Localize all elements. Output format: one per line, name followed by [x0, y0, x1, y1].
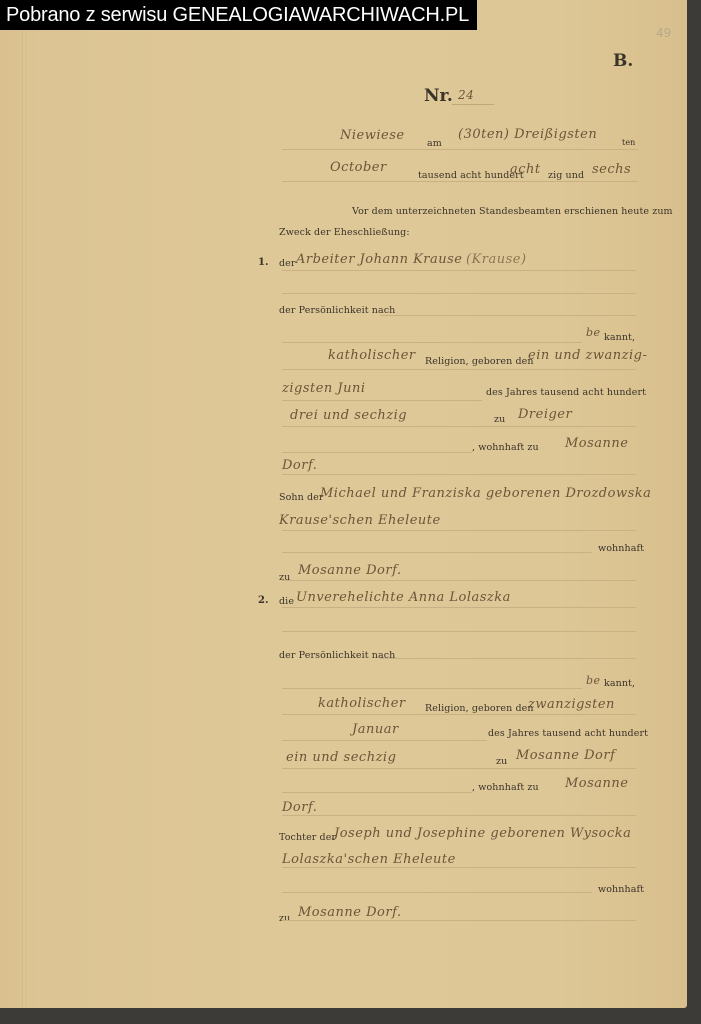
- groom-parents-cont: Krause'schen Eheleute: [279, 513, 441, 528]
- bride-residence-cont: Dorf.: [282, 800, 317, 815]
- bride-parents-residence-prefix: zu: [279, 913, 290, 924]
- bride-religion: katholischer: [318, 696, 406, 711]
- groom-name-note: (Krause): [466, 252, 527, 267]
- bride-parents-residence: Mosanne Dorf.: [298, 905, 402, 920]
- groom-parents-label: Sohn der: [279, 492, 324, 503]
- rule: [282, 892, 592, 893]
- groom-birth-place: Dreiger: [518, 407, 572, 422]
- bride-birth-year: ein und sechzig: [286, 750, 396, 765]
- groom-known-label: kannt,: [604, 332, 635, 343]
- bride-parents-label: Tochter der: [279, 832, 336, 843]
- folio-number: 49: [656, 26, 671, 40]
- groom-year-label: des Jahres tausend acht hundert: [486, 387, 646, 398]
- bride-residence-label: , wohnhaft zu: [472, 782, 539, 793]
- rule: [282, 293, 636, 294]
- bride-name: Unverehelichte Anna Lolaszka: [296, 590, 511, 605]
- bride-birth-day: zwanzigsten: [528, 697, 615, 712]
- rule: [282, 792, 472, 793]
- groom-residence: Mosanne: [565, 436, 629, 451]
- rule: [282, 815, 636, 816]
- bride-known-label: kannt,: [604, 678, 635, 689]
- rule: [282, 426, 636, 427]
- decade: acht: [510, 162, 541, 177]
- rule: [282, 149, 638, 150]
- groom-parents-residence-label: wohnhaft: [598, 543, 644, 554]
- ten-label: ten: [622, 138, 635, 147]
- rule: [282, 452, 472, 453]
- groom-birth-day-cont: zigsten Juni: [282, 381, 366, 396]
- rule: [282, 607, 636, 608]
- bride-number: 2.: [258, 595, 268, 606]
- am-label: am: [427, 138, 442, 149]
- rule: [380, 315, 636, 316]
- record-number-line: [452, 104, 494, 105]
- bride-parents-residence-label: wohnhaft: [598, 884, 644, 895]
- place: Niewiese: [340, 128, 405, 143]
- intro-paragraph: Vor dem unterzeichneten Standesbeamten e…: [352, 206, 673, 217]
- register-page: 49 B. Nr. 24 Niewiese am (30ten) Dreißig…: [0, 0, 687, 1008]
- rule: [282, 768, 636, 769]
- rule: [282, 714, 636, 715]
- bride-parents-cont: Lolaszka'schen Eheleute: [282, 852, 456, 867]
- bride-parents: Joseph und Josephine geborenen Wysocka: [334, 826, 631, 841]
- rule: [282, 740, 487, 741]
- zig-und-label: zig und: [548, 170, 584, 181]
- month: October: [330, 160, 387, 175]
- groom-number: 1.: [258, 257, 268, 268]
- year-unit: sechs: [592, 162, 631, 177]
- bride-residence: Mosanne: [565, 776, 629, 791]
- day: (30ten) Dreißigsten: [458, 127, 597, 142]
- form-letter: B.: [613, 51, 633, 71]
- page-binding-fold: [22, 14, 26, 1008]
- bride-birth-place: Mosanne Dorf: [516, 748, 615, 763]
- rule: [282, 474, 636, 475]
- groom-parents-residence: Mosanne Dorf.: [298, 563, 402, 578]
- bride-article: die: [279, 596, 294, 607]
- groom-identity-label: der Persönlichkeit nach: [279, 305, 395, 316]
- groom-residence-cont: Dorf.: [282, 458, 317, 473]
- bride-birth-place-label: zu: [496, 756, 507, 767]
- rule: [282, 920, 636, 921]
- groom-birth-place-label: zu: [494, 414, 505, 425]
- groom-religion-label: Religion, geboren den: [425, 356, 534, 367]
- bride-birth-day-cont: Januar: [352, 722, 399, 737]
- rule: [282, 181, 638, 182]
- rule: [282, 552, 592, 553]
- bride-identity-label: der Persönlichkeit nach: [279, 650, 395, 661]
- groom-article: der: [279, 258, 296, 269]
- bride-religion-label: Religion, geboren den: [425, 703, 534, 714]
- rule: [282, 580, 636, 581]
- rule: [282, 867, 636, 868]
- rule: [282, 400, 482, 401]
- watermark-banner: Pobrano z serwisu GENEALOGIAWARCHIWACH.P…: [0, 0, 477, 30]
- bride-year-label: des Jahres tausend acht hundert: [488, 728, 648, 739]
- groom-parents: Michael und Franziska geborenen Drozdows…: [320, 486, 651, 501]
- groom-known-value: be: [586, 326, 601, 339]
- rule: [282, 688, 582, 689]
- rule: [380, 658, 636, 659]
- groom-parents-residence-prefix: zu: [279, 572, 290, 583]
- rule: [282, 631, 636, 632]
- rule: [282, 270, 636, 271]
- intro-paragraph-cont: Zweck der Eheschließung:: [279, 227, 410, 238]
- rule: [282, 369, 636, 370]
- record-label: Nr.: [424, 86, 453, 106]
- groom-birth-year: drei und sechzig: [290, 408, 407, 423]
- year-label: tausend acht hundert: [418, 170, 524, 181]
- groom-residence-label: , wohnhaft zu: [472, 442, 539, 453]
- record-number: 24: [458, 88, 474, 102]
- groom-name: Arbeiter Johann Krause: [296, 252, 463, 267]
- rule: [282, 342, 582, 343]
- bride-known-value: be: [586, 674, 601, 687]
- groom-birth-day: ein und zwanzig-: [528, 348, 647, 363]
- groom-religion: katholischer: [328, 348, 416, 363]
- rule: [282, 530, 636, 531]
